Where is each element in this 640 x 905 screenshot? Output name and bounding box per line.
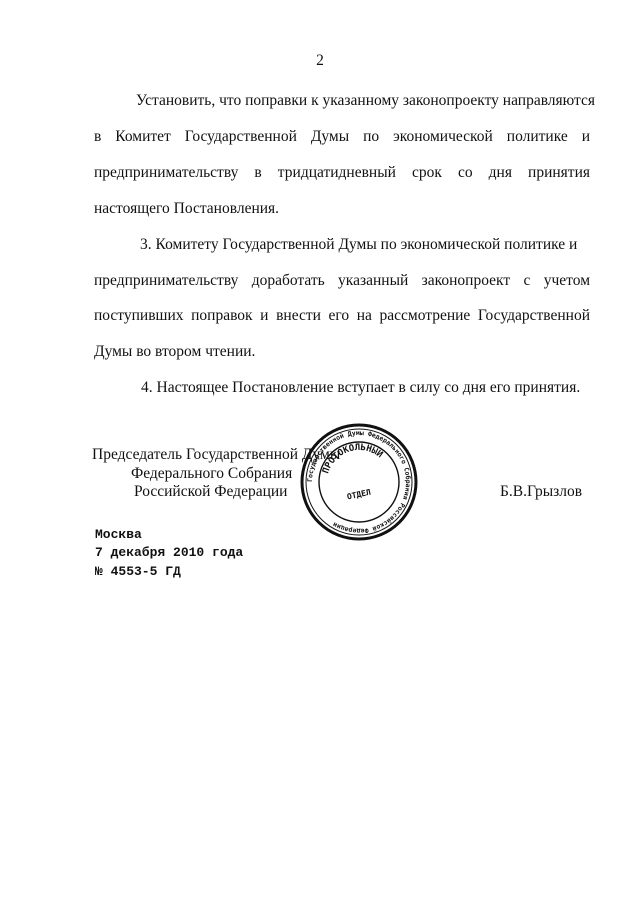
footer-city: Москва [95, 527, 142, 542]
paragraph-line: Установить, что поправки к указанному за… [136, 92, 595, 110]
footer-number: № 4553-5 ГД [95, 564, 181, 579]
signature-title: Российской Федерации [134, 483, 287, 501]
signature-title: Федерального Собрания [131, 465, 292, 483]
paragraph-line: предпринимательству в тридцатидневный ср… [94, 164, 590, 182]
paragraph-line: 4. Настоящее Постановление вступает в си… [141, 379, 580, 397]
official-stamp: Государственной Думы Федерального Собран… [300, 423, 418, 541]
paragraph-line: настоящего Постановления. [94, 200, 279, 218]
signatory-name: Б.В.Грызлов [500, 483, 582, 501]
stamp-seal-icon: Государственной Думы Федерального Собран… [300, 423, 418, 541]
paragraph-line: 3. Комитету Государственной Думы по экон… [140, 236, 577, 254]
paragraph-line: поступивших поправок и внести его на рас… [94, 307, 590, 325]
paragraph-line: в Комитет Государственной Думы по эконом… [94, 128, 590, 146]
svg-text:ОТДЕЛ: ОТДЕЛ [346, 488, 372, 502]
paragraph-line: Думы во втором чтении. [94, 343, 255, 361]
svg-text:ПРОТОКОЛЬНЫЙ: ПРОТОКОЛЬНЫЙ [321, 443, 385, 475]
footer-date: 7 декабря 2010 года [95, 545, 243, 560]
paragraph-line: предпринимательству доработать указанный… [94, 272, 590, 290]
page-number: 2 [0, 52, 640, 70]
